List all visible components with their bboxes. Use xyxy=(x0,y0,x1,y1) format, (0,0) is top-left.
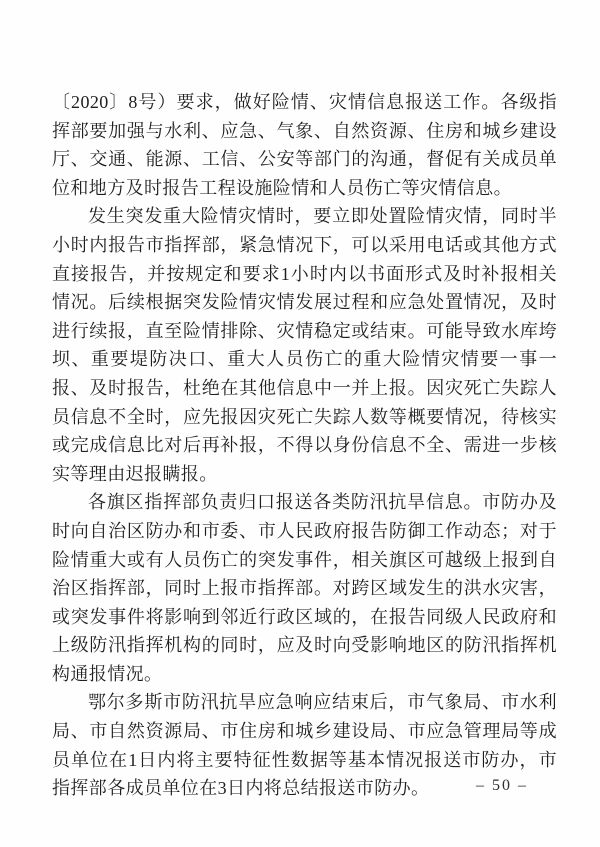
document-body: 〔2020〕8号）要求，做好险情、灾情信息报送工作。各级指挥部要加强与水利、应急… xyxy=(52,88,557,803)
paragraph: 〔2020〕8号）要求，做好险情、灾情信息报送工作。各级指挥部要加强与水利、应急… xyxy=(52,88,557,202)
document-page: 〔2020〕8号）要求，做好险情、灾情信息报送工作。各级指挥部要加强与水利、应急… xyxy=(0,0,600,847)
page-number: – 50 – xyxy=(476,777,528,795)
paragraph: 各旗区指挥部负责归口报送各类防汛抗旱信息。市防办及时向自治区防办和市委、市人民政… xyxy=(52,488,557,688)
paragraph: 发生突发重大险情灾情时，要立即处置险情灾情，同时半小时内报告市指挥部，紧急情况下… xyxy=(52,202,557,488)
